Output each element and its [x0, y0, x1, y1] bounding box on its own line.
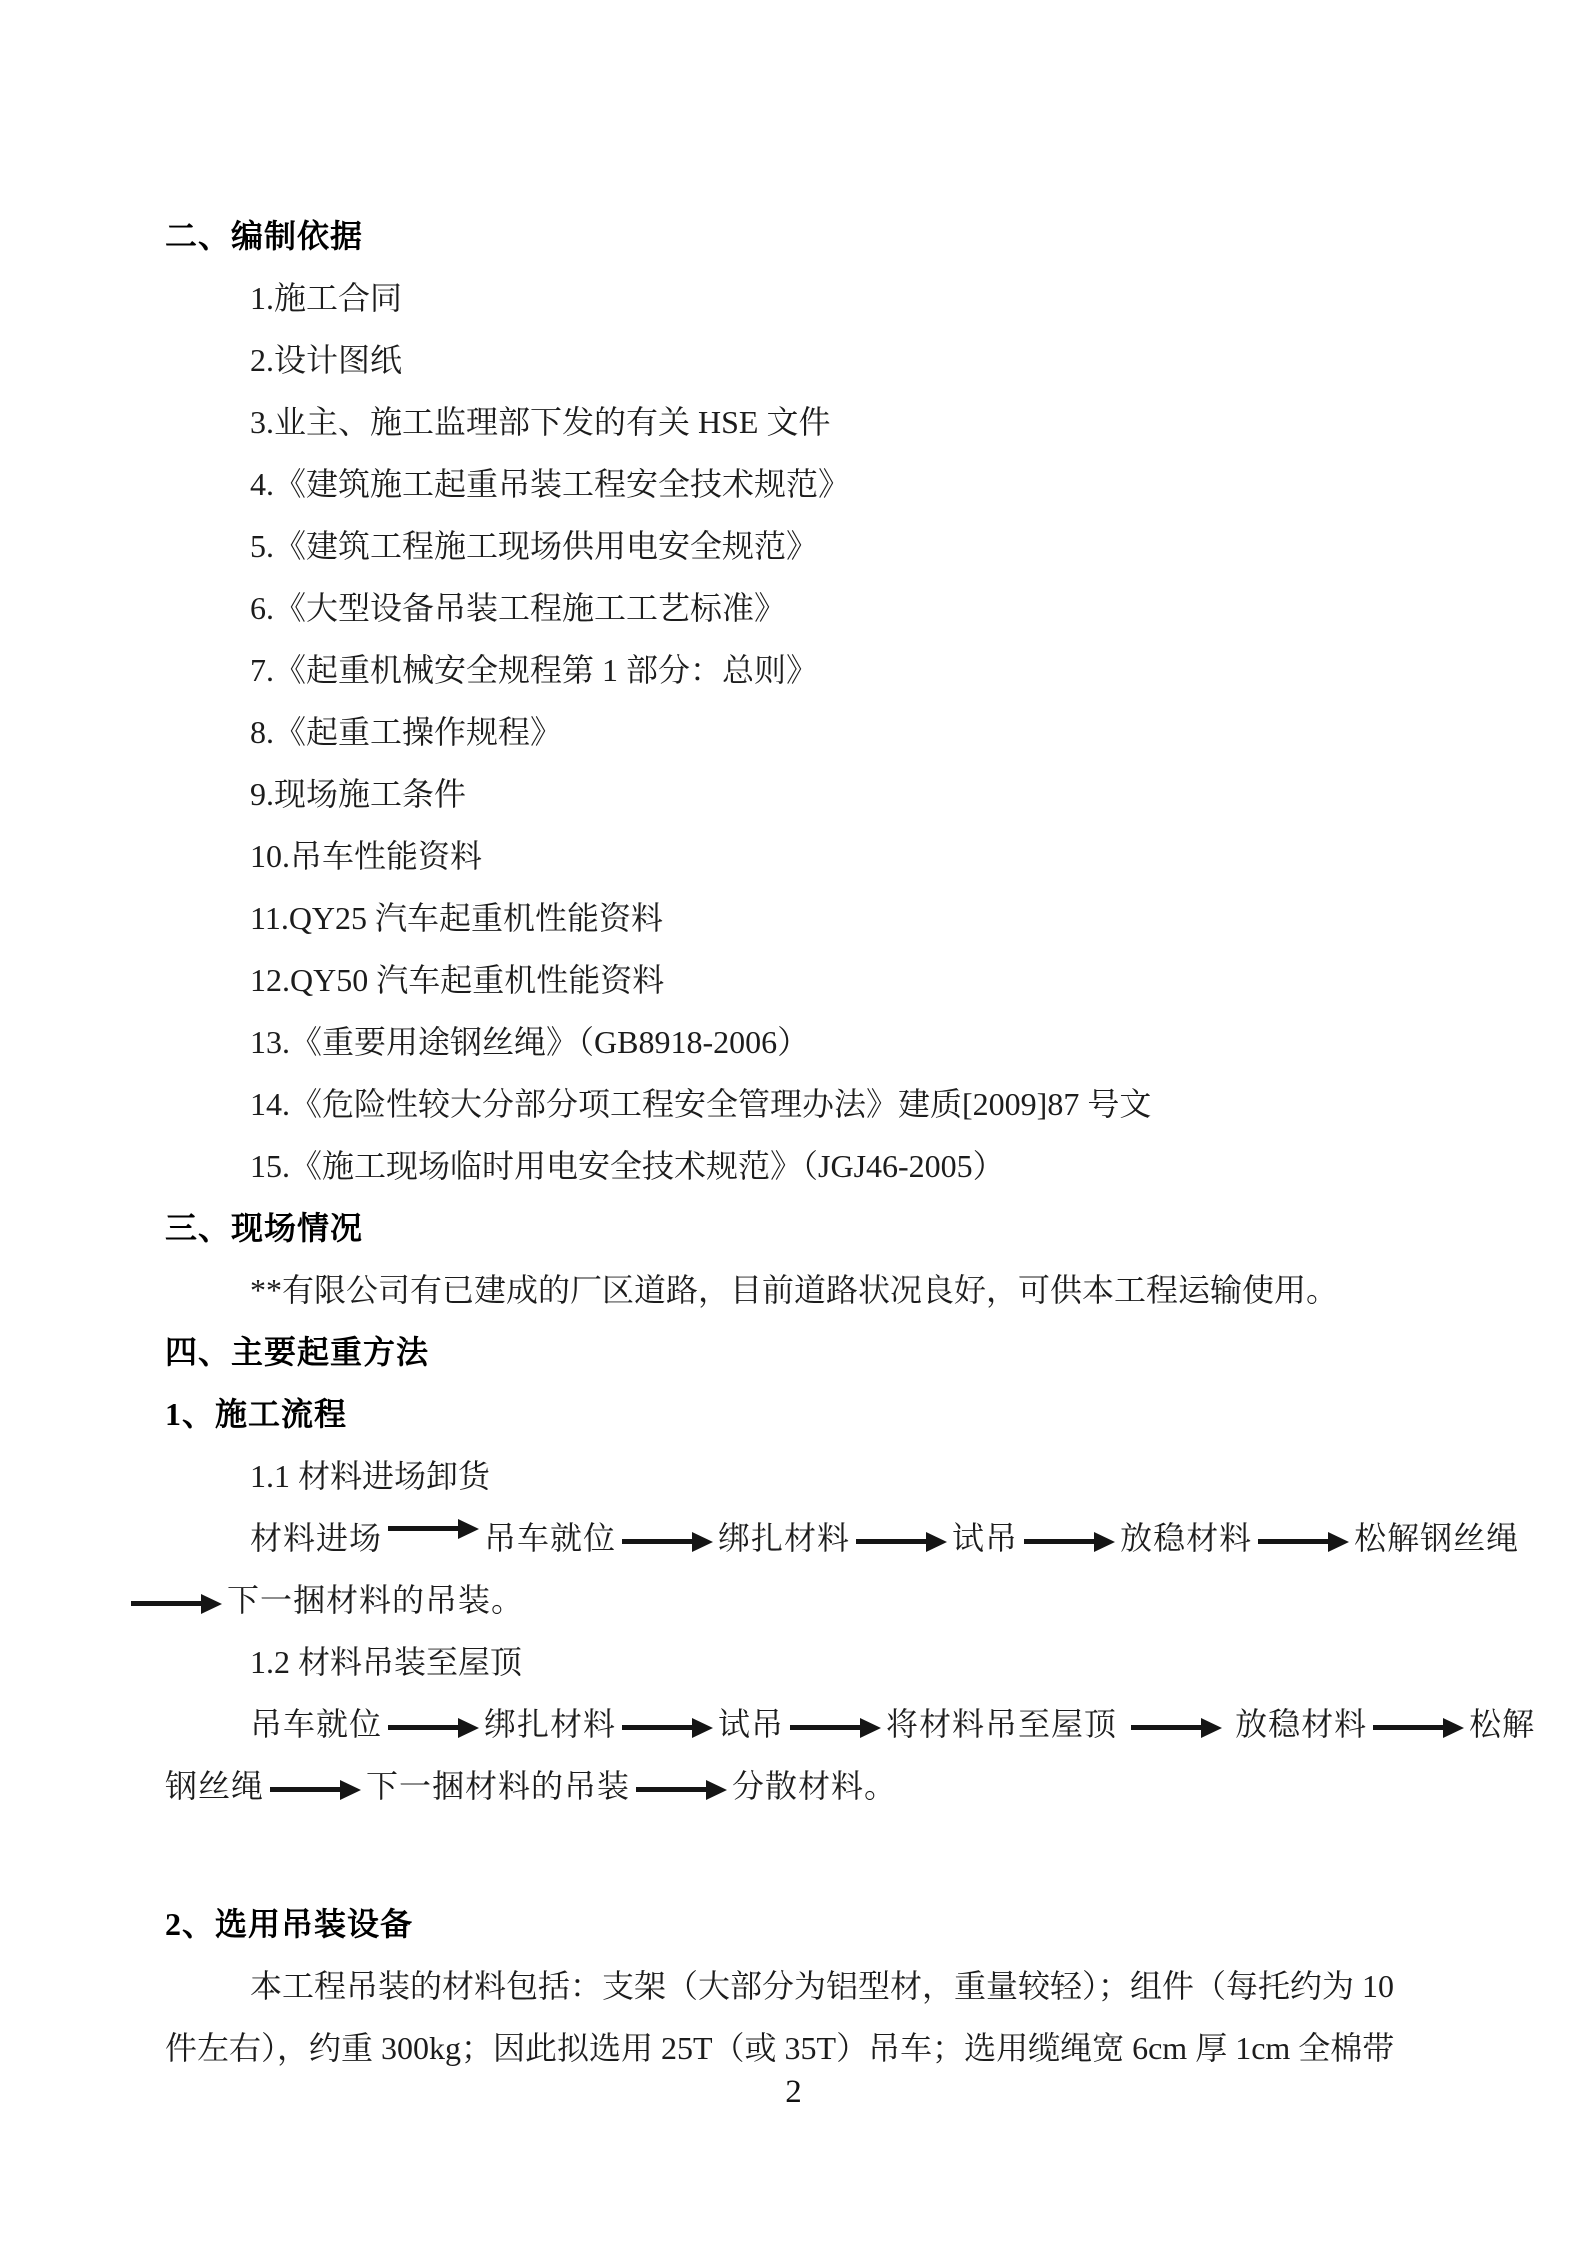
flow-arrow-icon — [622, 1725, 692, 1730]
flow-arrow-icon — [1131, 1725, 1201, 1730]
basis-item: 13.《重要用途钢丝绳》（GB8918-2006） — [250, 1011, 1455, 1073]
flow-arrow-icon — [131, 1601, 201, 1606]
subsection-heading-roof-lift: 1.2 材料吊装至屋顶 — [250, 1631, 1455, 1693]
basis-item: 10.吊车性能资料 — [250, 825, 1455, 887]
equipment-paragraph-line: 本工程吊装的材料包括：支架（大部分为铝型材，重量较轻）；组件（每托约为 10 — [250, 1955, 1455, 2017]
flow-step: 绑扎材料 — [718, 1520, 850, 1556]
basis-item: 1.施工合同 — [250, 267, 1455, 329]
flow-arrow-icon — [388, 1725, 458, 1730]
flow-arrow-icon — [1258, 1539, 1328, 1544]
flow-step: 分散材料。 — [732, 1768, 897, 1804]
basis-item: 11.QY25 汽车起重机性能资料 — [250, 887, 1455, 949]
document-page: 二、编制依据 1.施工合同 2.设计图纸 3.业主、施工监理部下发的有关 HSE… — [0, 0, 1587, 2245]
basis-item: 3.业主、施工监理部下发的有关 HSE 文件 — [250, 391, 1455, 453]
site-paragraph: **有限公司有已建成的厂区道路，目前道路状况良好，可供本工程运输使用。 — [250, 1259, 1455, 1321]
flow-step: 放稳材料 — [1120, 1520, 1252, 1556]
flow-arrow-icon — [270, 1787, 340, 1792]
flow-arrow-icon — [622, 1539, 692, 1544]
flow-step: 松解 — [1469, 1706, 1535, 1742]
subsection-heading-unloading: 1.1 材料进场卸货 — [250, 1445, 1455, 1507]
flow-arrow-icon — [1024, 1539, 1094, 1544]
basis-item: 9.现场施工条件 — [250, 763, 1455, 825]
document-content: 二、编制依据 1.施工合同 2.设计图纸 3.业主、施工监理部下发的有关 HSE… — [165, 205, 1455, 2079]
flow-step: 钢丝绳 — [165, 1768, 264, 1804]
basis-item: 12.QY50 汽车起重机性能资料 — [250, 949, 1455, 1011]
flow-step: 材料进场 — [250, 1520, 382, 1556]
flow-step: 松解钢丝绳 — [1354, 1520, 1519, 1556]
flow-step: 绑扎材料 — [484, 1706, 616, 1742]
basis-item: 5.《建筑工程施工现场供用电安全规范》 — [250, 515, 1455, 577]
flow-step: 将材料吊至屋顶 — [886, 1706, 1117, 1742]
flow-arrow-icon — [1373, 1725, 1443, 1730]
subsection-heading-process: 1、施工流程 — [165, 1383, 1455, 1445]
flow-arrow-icon — [388, 1526, 458, 1531]
flow-line-roof-1: 吊车就位绑扎材料试吊将材料吊至屋顶放稳材料松解 — [250, 1693, 1455, 1755]
basis-item: 7.《起重机械安全规程第 1 部分：总则》 — [250, 639, 1455, 701]
flow-arrow-icon — [790, 1725, 860, 1730]
flow-step: 下一捆材料的吊装。 — [227, 1582, 524, 1618]
basis-item: 15.《施工现场临时用电安全技术规范》（JGJ46-2005） — [250, 1135, 1455, 1197]
section-gap — [165, 1817, 1455, 1893]
flow-step: 试吊 — [718, 1706, 784, 1742]
section-heading-site: 三、现场情况 — [165, 1197, 1455, 1259]
equipment-paragraph-line: 件左右），约重 300kg；因此拟选用 25T（或 35T）吊车；选用缆绳宽 6… — [165, 2017, 1455, 2079]
flow-step: 试吊 — [952, 1520, 1018, 1556]
flow-arrow-icon — [636, 1787, 706, 1792]
subsection-heading-equipment: 2、选用吊装设备 — [165, 1893, 1455, 1955]
page-number: 2 — [0, 2072, 1587, 2112]
flow-line-roof-2: 钢丝绳下一捆材料的吊装分散材料。 — [165, 1755, 1455, 1817]
basis-item: 8.《起重工操作规程》 — [250, 701, 1455, 763]
flow-step: 吊车就位 — [250, 1706, 382, 1742]
basis-item: 2.设计图纸 — [250, 329, 1455, 391]
section-heading-methods: 四、主要起重方法 — [165, 1321, 1455, 1383]
basis-item: 4.《建筑施工起重吊装工程安全技术规范》 — [250, 453, 1455, 515]
basis-item: 6.《大型设备吊装工程施工工艺标准》 — [250, 577, 1455, 639]
flow-line-unloading-1: 材料进场吊车就位绑扎材料试吊放稳材料松解钢丝绳 — [250, 1507, 1455, 1569]
flow-step: 下一捆材料的吊装 — [366, 1768, 630, 1804]
section-heading-basis: 二、编制依据 — [165, 205, 1455, 267]
flow-step: 放稳材料 — [1235, 1706, 1367, 1742]
flow-arrow-icon — [856, 1539, 926, 1544]
basis-item: 14.《危险性较大分部分项工程安全管理办法》建质[2009]87 号文 — [250, 1073, 1455, 1135]
flow-step: 吊车就位 — [484, 1520, 616, 1556]
flow-line-unloading-2: 下一捆材料的吊装。 — [125, 1569, 1455, 1631]
